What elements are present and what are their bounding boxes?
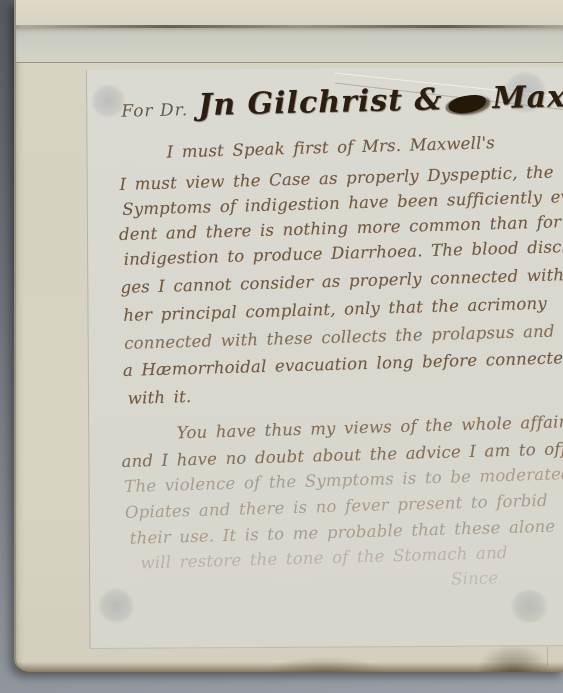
letter-line: connected with these collects the prolap…: [124, 324, 555, 353]
manuscript-photo: For Dr.Jn Gilchrist &Maxwell I must Spea…: [0, 0, 563, 693]
letter-line: Since: [451, 570, 499, 588]
letter-sheet: For Dr.Jn Gilchrist &Maxwell I must Spea…: [86, 67, 563, 649]
letter-line: ges I cannot consider as properly connec…: [120, 267, 563, 296]
letter-line: The violence of the Symptoms is to be mo…: [124, 465, 563, 495]
album-page: For Dr.Jn Gilchrist &Maxwell I must Spea…: [14, 0, 563, 672]
letter-line: with it.: [128, 389, 192, 407]
page-bottom-stain: [476, 644, 552, 672]
letter-line: indigestion to produce Diarrhoea. The bl…: [124, 238, 563, 268]
letter-line: Opiates and there is no fever present to…: [125, 493, 548, 522]
letter-body: I must Speak first of Mrs. Maxwell's I m…: [84, 57, 563, 649]
binding-guard-band: [16, 28, 563, 62]
page-bottom-stain: [266, 656, 386, 672]
letter-line: will restore the tone of the Stomach and: [140, 545, 508, 572]
letter-line: her principal complaint, only that the a…: [123, 296, 547, 325]
letter-line: a Hæmorrhoidal evacuation long before co…: [123, 350, 563, 379]
photo-background: { "photo": { "subject": "handwritten let…: [0, 0, 563, 693]
letter-line: I must Speak first of Mrs. Maxwell's: [166, 135, 495, 161]
page-edge-top: [16, 0, 563, 25]
letter-line: You have thus my views of the whole affa…: [177, 414, 563, 442]
